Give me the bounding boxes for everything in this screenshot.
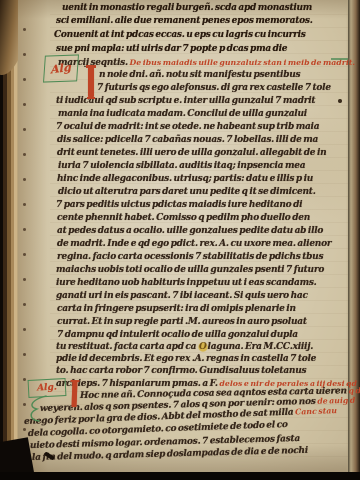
text-line: tu restituat. facta carta apd ca Olaguna… bbox=[56, 342, 313, 353]
line-text: cente phennit habet. Comisso q pedilm ph… bbox=[57, 213, 310, 223]
line-text: mania ina iudicata madam. Concilui de ui… bbox=[58, 109, 307, 119]
text-line: marcij seqntis. De ibus maiadis uille gu… bbox=[58, 57, 355, 69]
text-line: n noie dni. añ. notu sit manifestu psent… bbox=[99, 70, 300, 81]
line-text: iuria 7 uiolencia sibillata. auditis ita… bbox=[58, 161, 305, 171]
text-line: pdie id decembris. Et ego rex .A. regnas… bbox=[56, 354, 316, 365]
line-text: 7 ocalui de madrit: int se otede. ne hab… bbox=[56, 122, 319, 132]
line-text: dicio ut alterutra pars daret unu pedite… bbox=[58, 187, 316, 197]
text-line: cente phennit habet. Comisso q pedilm ph… bbox=[57, 213, 310, 224]
line-text: hinc inde allegaconibus. utriusq; partis… bbox=[57, 174, 313, 184]
line-text: sci emiliani. alie due remanent penes ep… bbox=[56, 16, 313, 26]
text-line: ganati uri in eis pascant. 7 ibi iaceant… bbox=[56, 291, 308, 302]
text-line: currat. Et in sup regie parti .M. aureos… bbox=[57, 317, 307, 328]
line-text: laguna. Era M.CC.xiiij. bbox=[208, 342, 314, 352]
text-line: 7 futuris qs ego alefonsus. di gra rex c… bbox=[97, 83, 331, 94]
margin-speck bbox=[338, 99, 342, 103]
text-line: 7 dampnu qd intulerit ocalio de uilla go… bbox=[57, 330, 298, 341]
line-text: iure heditano uob habituris inppetuu ut … bbox=[56, 278, 317, 288]
text-line: iuria 7 uiolencia sibillata. auditis ita… bbox=[58, 161, 305, 172]
line-text: currat. Et in sup regie parti .M. aureos… bbox=[57, 317, 307, 327]
margin-gloss-top-label: Alg bbox=[51, 61, 72, 77]
line-text: 7 pars peditis uictus pdictas maiadis iu… bbox=[56, 200, 302, 210]
red-initial-i bbox=[88, 67, 94, 97]
text-line: hinc inde allegaconibus. utriusq; partis… bbox=[57, 174, 313, 185]
text-line: to. hac carta robor 7 confirmo. Gundisal… bbox=[56, 366, 306, 377]
line-text: drit eunt tenetes. illi uero de uilla go… bbox=[57, 148, 326, 158]
line-text: tu restituat. facta carta apd ca bbox=[56, 342, 198, 352]
text-line: sci emiliani. alie due remanent penes ep… bbox=[56, 16, 313, 27]
red-initial-h bbox=[72, 381, 78, 407]
text-line: iure heditano uob habituris inppetuu ut … bbox=[56, 278, 317, 289]
line-text: 7 dampnu qd intulerit ocalio de uilla go… bbox=[57, 330, 298, 340]
text-line: mania ina iudicata madam. Concilui de ui… bbox=[58, 109, 307, 120]
line-text: sue pni mapla: uti uiris dar 7 popte p d… bbox=[56, 44, 287, 54]
photo-bottom-edge bbox=[0, 472, 360, 480]
line-text: de madrit. Inde e qd ego pdict. rex. A. … bbox=[57, 239, 331, 249]
highlighted-initial: O bbox=[198, 342, 208, 352]
line-text: at pedes datus a ocalio. uille gonzalues… bbox=[57, 226, 323, 236]
line-text: maiachs uobis toti ocalio de uilla gunza… bbox=[56, 265, 324, 275]
line-text: pdie id decembris. Et ego rex .A. regnas… bbox=[56, 354, 316, 364]
line-text: ganati uri in eis pascant. 7 ibi iaceant… bbox=[56, 291, 308, 301]
line-text: Conuenit at int pdcas eccas. u eps cu la… bbox=[54, 30, 306, 40]
text-line: at pedes datus a ocalio. uille gonzalues… bbox=[57, 226, 323, 237]
line-text: carta in fringere psupserit: ira di omip… bbox=[57, 304, 296, 314]
text-line: dicio ut alterutra pars daret unu pedite… bbox=[58, 187, 316, 198]
margin-gloss-box-top: Alg bbox=[43, 54, 79, 82]
line-text: uenit in monastio regali burgeñ. scda ap… bbox=[62, 3, 312, 13]
line-text: n noie dni. añ. notu sit manifestu psent… bbox=[99, 70, 300, 80]
rubric-text: De ibus maiadis uille gunzaluiz stan i m… bbox=[130, 58, 356, 67]
text-line: maiachs uobis toti ocalio de uilla gunza… bbox=[56, 265, 324, 276]
text-line: dis salice: pdicella 7 cabañas nouas. 7 … bbox=[57, 135, 318, 146]
green-ruling-tick bbox=[331, 58, 348, 60]
text-line: 7 ocalui de madrit: int se otede. ne hab… bbox=[56, 122, 319, 133]
text-line: regina. facio carta ocessionis 7 stabili… bbox=[57, 252, 323, 263]
text-line: drit eunt tenetes. illi uero de uilla go… bbox=[57, 148, 326, 159]
text-line: Conuenit at int pdcas eccas. u eps cu la… bbox=[54, 30, 306, 41]
line-text: regina. facio carta ocessionis 7 stabili… bbox=[57, 252, 323, 262]
margin-gloss-bottom-label: Alg. bbox=[37, 382, 57, 393]
text-line: de madrit. Inde e qd ego pdict. rex. A. … bbox=[57, 239, 331, 250]
line-text: dis salice: pdicella 7 cabañas nouas. 7 … bbox=[57, 135, 318, 145]
text-line: carta in fringere psupserit: ira di omip… bbox=[57, 304, 296, 315]
green-flourish bbox=[26, 394, 50, 424]
line-text: 7 futuris qs ego alefonsus. di gra rex c… bbox=[97, 83, 331, 93]
manuscript-photo: uenit in monastio regali burgeñ. scda ap… bbox=[0, 0, 360, 480]
line-text: to. hac carta robor 7 confirmo. Gundisal… bbox=[56, 366, 306, 376]
rubric-text: Canc stau bbox=[295, 406, 337, 416]
text-line: 7 pars peditis uictus pdictas maiadis iu… bbox=[56, 200, 302, 211]
text-line: uenit in monastio regali burgeñ. scda ap… bbox=[62, 3, 312, 14]
text-line: sue pni mapla: uti uiris dar 7 popte p d… bbox=[56, 44, 287, 55]
